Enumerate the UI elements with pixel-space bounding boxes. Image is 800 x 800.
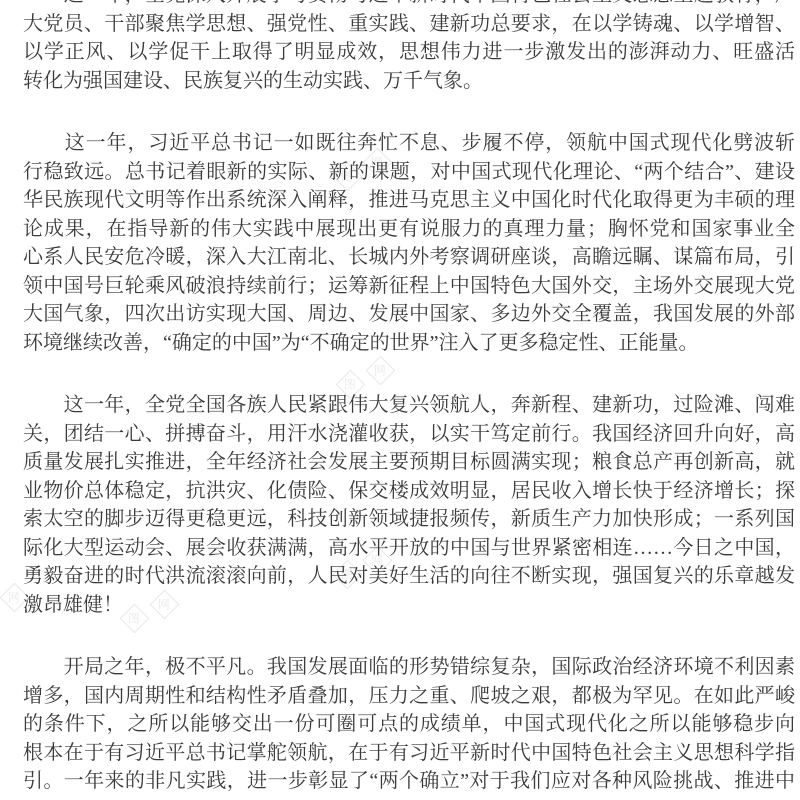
paragraph-3: 这一年，全党全国各族人民紧跟伟大复兴领航人，奔新程、建新功，过险滩、闯难 关，团… bbox=[23, 391, 795, 619]
text-line: 开局之年，极不平凡。我国发展面临的形势错综复杂，国际政治经济环境不利因素 bbox=[23, 653, 795, 682]
text-line: 激昂雄健！ bbox=[23, 591, 795, 620]
text-line: 勇毅奋进的时代洪流滚滚向前，人民对美好生活的向往不断实现，强国复兴的乐章越发 bbox=[23, 562, 795, 591]
paragraph-2: 这一年，习近平总书记一如既往奔忙不息、步履不停，领航中国式现代化劈波斩浪、 行稳… bbox=[23, 129, 795, 357]
text-line: 际化大型运动会、展会收获满满，高水平开放的中国与世界紧密相连……今日之中国， bbox=[23, 534, 795, 563]
text-line: 质量发展扎实推进，全年经济社会发展主要预期目标圆满实现；粮食总产再创新高，就 bbox=[23, 448, 795, 477]
document-text: 这一年，全党深入开展学习贯彻习近平新时代中国特色社会主义思想主题教育，广 大党员… bbox=[23, 0, 795, 796]
text-line: 这一年，习近平总书记一如既往奔忙不息、步履不停，领航中国式现代化劈波斩浪、 bbox=[23, 129, 795, 158]
text-line: 以学正风、以学促干上取得了明显成效，思想伟力进一步激发出的澎湃动力、旺盛活力， bbox=[23, 38, 795, 67]
text-line: 业物价总体稳定，抗洪灾、化债险、保交楼成效明显，居民收入增长快于经济增长；探 bbox=[23, 477, 795, 506]
text-line: 论成果，在指导新的伟大实践中展现出更有说服力的真理力量；胸怀党和国家事业全局， bbox=[23, 215, 795, 244]
text-line: 索太空的脚步迈得更稳更远，科技创新领域捷报频传，新质生产力加快形成；一系列国 bbox=[23, 505, 795, 534]
text-line: 大党员、干部聚焦学思想、强党性、重实践、建新功总要求，在以学铸魂、以学增智、 bbox=[23, 10, 795, 39]
text-line: 关，团结一心、拼搏奋斗，用汗水浇灌收获，以实干笃定前行。我国经济回升向好，高 bbox=[23, 420, 795, 449]
text-line: 引。一年来的非凡实践，进一步彰显了“两个确立”对于我们应对各种风险挑战、推进中国 bbox=[23, 767, 795, 796]
text-line: 行稳致远。总书记着眼新的实际、新的课题，对中国式现代化理论、“两个结合”、建设中 bbox=[23, 158, 795, 187]
text-line: 这一年，全党全国各族人民紧跟伟大复兴领航人，奔新程、建新功，过险滩、闯难 bbox=[23, 391, 795, 420]
text-line: 大国气象，四次出访实现大国、周边、发展中国家、多边外交全覆盖，我国发展的外部 bbox=[23, 300, 795, 329]
text-line: 领中国号巨轮乘风破浪持续前行；运筹新征程上中国特色大国外交，主场外交展现大党 bbox=[23, 272, 795, 301]
text-line: 华民族现代文明等作出系统深入阐释，推进马克思主义中国化时代化取得更为丰硕的理 bbox=[23, 186, 795, 215]
text-line: 转化为强国建设、民族复兴的生动实践、万千气象。 bbox=[23, 67, 795, 96]
paragraph-1: 这一年，全党深入开展学习贯彻习近平新时代中国特色社会主义思想主题教育，广 大党员… bbox=[23, 0, 795, 95]
text-line: 增多，国内周期性和结构性矛盾叠加，压力之重、爬坡之艰，都极为罕见。在如此严峻 bbox=[23, 682, 795, 711]
text-line: 根本在于有习近平总书记掌舵领航，在于有习近平新时代中国特色社会主义思想科学指 bbox=[23, 739, 795, 768]
text-line: 的条件下，之所以能够交出一份可圈可点的成绩单，中国式现代化之所以能够稳步向前， bbox=[23, 710, 795, 739]
document-page: 图 网 图 网 图 网 图 网 图 网 这一年，全党深入开展学习贯彻习近平新时代… bbox=[0, 0, 800, 800]
text-line: 环境继续改善，“确定的中国”为“不确定的世界”注入了更多稳定性、正能量。 bbox=[23, 329, 795, 358]
paragraph-4: 开局之年，极不平凡。我国发展面临的形势错综复杂，国际政治经济环境不利因素 增多，… bbox=[23, 653, 795, 796]
watermark-char: 网 bbox=[8, 591, 20, 603]
text-line: 这一年，全党深入开展学习贯彻习近平新时代中国特色社会主义思想主题教育，广 bbox=[23, 0, 795, 10]
text-line: 心系人民安危冷暖，深入大江南北、长城内外考察调研座谈，高瞻远瞩、谋篇布局，引 bbox=[23, 243, 795, 272]
